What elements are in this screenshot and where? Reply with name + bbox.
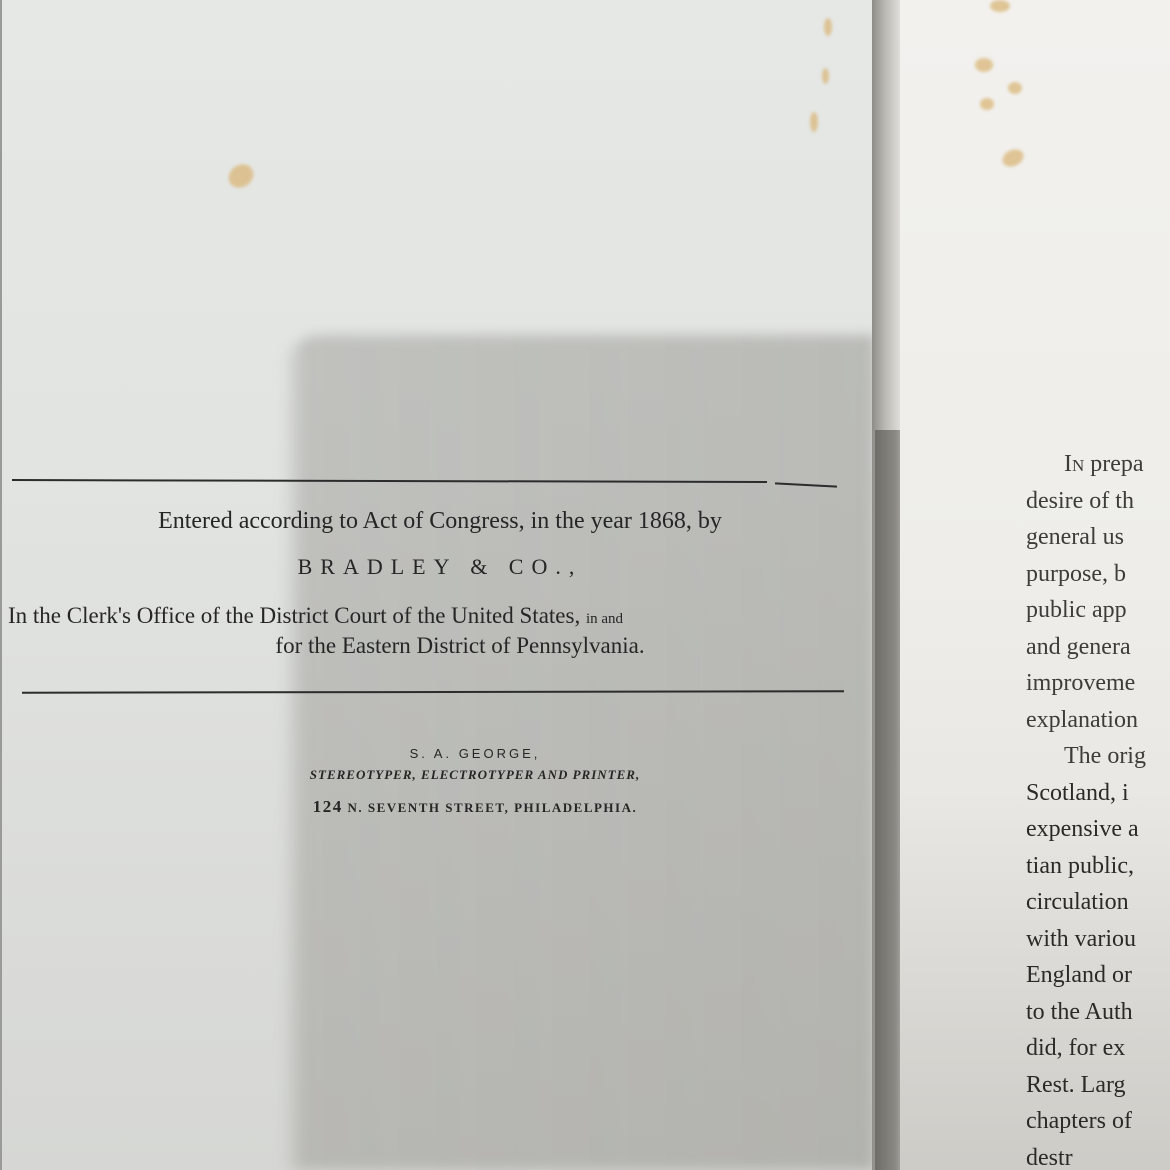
preface-line: In prepa xyxy=(1026,446,1146,483)
preface-small-caps-lead: In xyxy=(1064,451,1084,477)
copyright-entry-line: Entered according to Act of Congress, in… xyxy=(40,508,840,535)
preface-line: desire of th xyxy=(1026,483,1146,520)
left-page-copyright: ​ Entered according to Act of Congress, … xyxy=(0,0,875,1170)
address-number: 124 xyxy=(313,797,343,816)
preface-line: and genera xyxy=(1026,629,1146,666)
preface-line: Scotland, i xyxy=(1026,775,1146,812)
clerk-office-text: In the Clerk's Office of the District Co… xyxy=(8,603,586,628)
publisher-name: BRADLEY & CO., xyxy=(40,554,840,580)
preface-line: expensive a xyxy=(1026,811,1146,848)
preface-line: with variou xyxy=(1026,921,1146,958)
foxing-stain xyxy=(980,98,994,110)
foxing-stain xyxy=(822,68,829,84)
foxing-stain xyxy=(1000,146,1027,170)
foxing-stain xyxy=(224,160,258,193)
foxing-stain xyxy=(824,18,832,36)
preface-line: improveme xyxy=(1026,665,1146,702)
printer-trade: STEREOTYPER, ELECTROTYPER AND PRINTER, xyxy=(250,767,700,783)
clerk-office-small-text: in and xyxy=(586,611,623,627)
preface-line: tian public, xyxy=(1026,848,1146,885)
preface-line: chapters of xyxy=(1026,1103,1146,1140)
foxing-stain xyxy=(1008,82,1022,94)
printer-name: S. A. GEORGE, xyxy=(250,746,700,761)
preface-line: England or xyxy=(1026,957,1146,994)
preface-line: general us xyxy=(1026,519,1146,556)
preface-line: explanation xyxy=(1026,702,1146,739)
clerk-office-line: In the Clerk's Office of the District Co… xyxy=(8,603,848,629)
foxing-stain xyxy=(990,0,1010,12)
preface-line: public app xyxy=(1026,592,1146,629)
preface-line: did, for ex xyxy=(1026,1030,1146,1067)
preface-text-column: In prepa desire of th general us purpose… xyxy=(1026,446,1146,1170)
preface-line: to the Auth xyxy=(1026,994,1146,1031)
preface-line: circulation xyxy=(1026,884,1146,921)
preface-line-text: prepa xyxy=(1084,451,1143,477)
address-street: N. SEVENTH STREET, PHILADELPHIA. xyxy=(343,800,638,815)
preface-line: purpose, b xyxy=(1026,556,1146,593)
foxing-stain xyxy=(810,112,818,132)
district-line: for the Eastern District of Pennsylvania… xyxy=(40,633,880,659)
preface-line: destr xyxy=(1026,1140,1146,1170)
preface-line: Rest. Larg xyxy=(1026,1067,1146,1104)
printer-address: 124 N. SEVENTH STREET, PHILADELPHIA. xyxy=(250,797,700,817)
foxing-stain xyxy=(975,58,993,72)
preface-line: The orig xyxy=(1026,738,1146,775)
